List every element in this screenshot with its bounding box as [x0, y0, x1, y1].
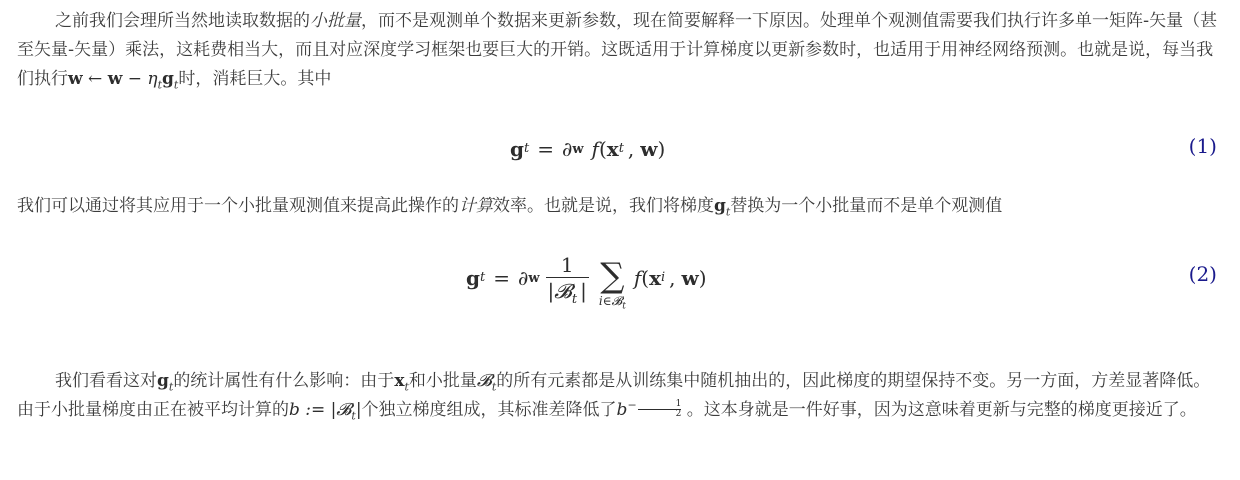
- math-g: g: [510, 137, 524, 161]
- math-subscript: t: [572, 292, 577, 307]
- math-g: g: [466, 266, 480, 290]
- math-g: g: [162, 69, 174, 89]
- paragraph-statistical-properties: 我们看看这对gt的统计属性有什么影响：由于xt和小批量𝓑t的所有元素都是从训练集…: [17, 367, 1222, 425]
- math-x: x: [394, 371, 404, 391]
- math-f: f: [634, 266, 641, 290]
- summation-index: i∈𝓑t: [599, 294, 626, 313]
- text: 时，消耗巨大。其中: [178, 69, 331, 89]
- math-partial: ∂: [562, 137, 572, 161]
- math-equals: =: [493, 266, 510, 290]
- math-subscript: w: [572, 142, 583, 157]
- math-w: w: [682, 266, 699, 290]
- math-minibatch-B: 𝓑: [336, 400, 351, 420]
- math-exponent-fraction: 12: [638, 400, 682, 419]
- math-g: g: [157, 371, 169, 391]
- math-comma: ,: [628, 137, 634, 161]
- math-w: w: [68, 69, 83, 89]
- math-arrow: ←: [88, 69, 102, 89]
- math-paren: (: [599, 137, 607, 161]
- fraction-denominator: |𝓑t|: [546, 277, 589, 304]
- math-x: x: [607, 137, 619, 161]
- math-b: b: [617, 400, 628, 420]
- math-subscript: w: [528, 271, 539, 286]
- math-paren: (: [641, 266, 649, 290]
- text: 的统计属性有什么影响：由于: [173, 371, 394, 391]
- text: i∈𝓑: [599, 294, 622, 308]
- math-eta: η: [147, 69, 157, 89]
- math-b-definition: b := |: [289, 400, 336, 420]
- math-minus: −: [128, 69, 142, 89]
- math-minibatch-B: 𝓑: [477, 371, 492, 391]
- math-w: w: [108, 69, 123, 89]
- text: 个独立梯度组成，其标准差降低了: [362, 400, 617, 420]
- math-x: x: [649, 266, 661, 290]
- math-subscript: t: [622, 302, 626, 312]
- equation-number: (1): [1189, 134, 1217, 158]
- math-bar: |: [580, 279, 587, 303]
- equation-body: gt = ∂w f(xt,w): [510, 132, 665, 166]
- math-paren: ): [658, 137, 666, 161]
- equation-2: gt = ∂w 1 |𝓑t| ∑ i∈𝓑t f(xi,w) (2): [0, 246, 1222, 320]
- math-g: g: [714, 196, 726, 216]
- emphasis-minibatch: 小批量: [310, 11, 361, 31]
- text: 效率。也就是说，我们将梯度: [493, 196, 714, 216]
- fraction-numerator: 1: [638, 400, 682, 410]
- fraction-denominator: 2: [638, 410, 682, 419]
- text: 我们可以通过将其应用于一个小批量观测值来提高此操作的: [17, 196, 459, 216]
- text: 和小批量: [409, 371, 477, 391]
- math-partial: ∂: [518, 266, 528, 290]
- math-comma: ,: [669, 266, 675, 290]
- equation-body: gt = ∂w 1 |𝓑t| ∑ i∈𝓑t f(xi,w): [466, 246, 707, 310]
- text: 我们看看这对: [55, 371, 157, 391]
- math-w: w: [640, 137, 657, 161]
- paragraph-minibatch-intro: 之前我们会理所当然地读取数据的小批量，而不是观测单个数据来更新参数，现在简要解释…: [17, 7, 1222, 94]
- fraction-numerator: 1: [559, 253, 576, 277]
- text: 替换为一个小批量而不是单个观测值: [730, 196, 1002, 216]
- text: 。这本身就是一件好事，因为这意味着更新与完整的梯度更接近了。: [687, 400, 1197, 420]
- equation-1: gt = ∂w f(xt,w) (1): [0, 132, 1222, 166]
- math-paren: ): [699, 266, 707, 290]
- paragraph-computational-efficiency: 我们可以通过将其应用于一个小批量观测值来提高此操作的计算效率。也就是说，我们将梯…: [17, 192, 1222, 221]
- math-f: f: [592, 137, 599, 161]
- text: 之前我们会理所当然地读取数据的: [55, 11, 310, 31]
- math-fraction: 1 |𝓑t|: [546, 253, 589, 304]
- sigma-icon: ∑: [600, 258, 624, 294]
- math-minibatch-B: 𝓑: [554, 279, 572, 303]
- math-summation: ∑ i∈𝓑t: [599, 258, 626, 313]
- math-exponent-sign: −: [627, 398, 636, 411]
- equation-number: (2): [1189, 262, 1217, 286]
- emphasis-computation: 计算: [459, 196, 493, 216]
- math-equals: =: [537, 137, 554, 161]
